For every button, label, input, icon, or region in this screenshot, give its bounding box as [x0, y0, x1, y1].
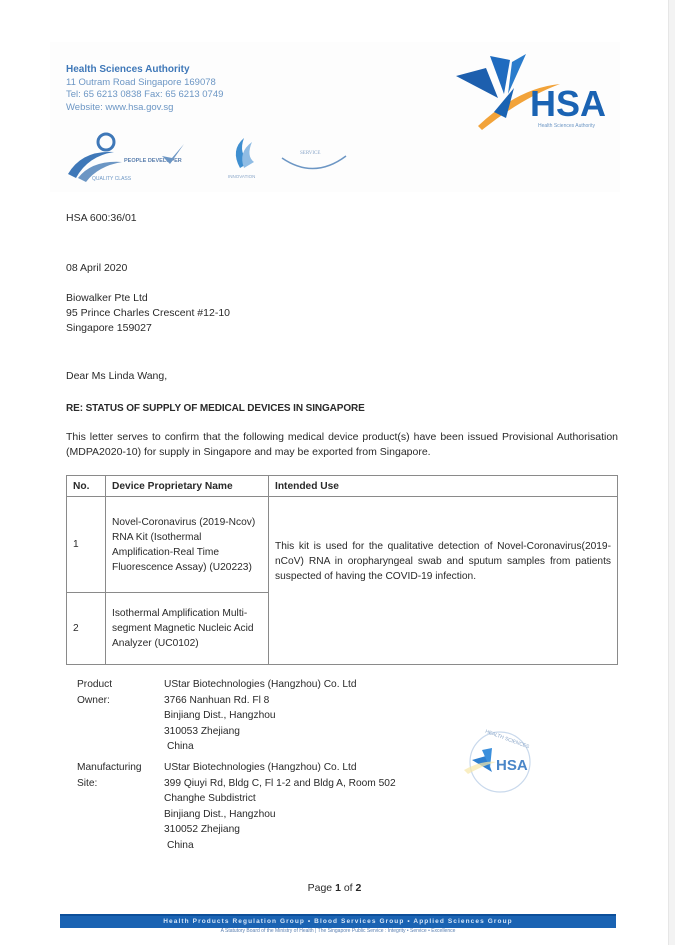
subject-line: RE: STATUS OF SUPPLY OF MEDICAL DEVICES … — [66, 401, 365, 416]
svg-text:SERVICE: SERVICE — [300, 151, 320, 156]
svg-text:HEALTH SCIENCES: HEALTH SCIENCES — [484, 729, 530, 751]
row-device-name: Isothermal Amplification Multi-segment M… — [106, 593, 269, 665]
hsa-logo-icon: HSA Health Sciences Authority — [448, 48, 618, 134]
row-no: 2 — [67, 593, 106, 665]
device-table: No. Device Proprietary Name Intended Use… — [66, 475, 618, 665]
header-no: No. — [67, 476, 106, 497]
letterhead-address-block: Health Sciences Authority 11 Outram Road… — [66, 64, 223, 114]
table-row: 1 Novel-Coronavirus (2019-Ncov) RNA Kit … — [67, 497, 618, 593]
org-contact: Tel: 65 6213 0838 Fax: 65 6213 0749 — [66, 89, 223, 102]
svg-text:Health Sciences Authority: Health Sciences Authority — [538, 123, 595, 129]
recipient-company: Biowalker Pte Ltd — [66, 291, 230, 306]
table-header-row: No. Device Proprietary Name Intended Use — [67, 476, 618, 497]
org-address: 11 Outram Road Singapore 169078 — [66, 77, 223, 90]
svg-text:INNOVATION: INNOVATION — [228, 174, 255, 179]
service-class-badge-icon: SERVICE — [282, 151, 346, 169]
intro-paragraph: This letter serves to confirm that the f… — [66, 430, 618, 460]
recipient-address-line2: Singapore 159027 — [66, 321, 230, 336]
certification-badges: QUALITY CLASS PEOPLE DEVELOPER INNOVATIO… — [62, 128, 362, 190]
recipient-address: Biowalker Pte Ltd 95 Prince Charles Cres… — [66, 291, 230, 336]
salutation: Dear Ms Linda Wang, — [66, 369, 167, 384]
letter-page: Health Sciences Authority 11 Outram Road… — [0, 0, 669, 945]
manufacturing-site-block: Manufacturing Site: UStar Biotechnologie… — [77, 760, 477, 860]
svg-text:QUALITY CLASS: QUALITY CLASS — [92, 176, 132, 182]
footer-tagline: A Statutory Board of the Ministry of Hea… — [60, 928, 616, 934]
hsa-stamp-icon: HSA HEALTH SCIENCES — [452, 722, 542, 802]
product-owner-label: Product Owner: — [77, 677, 162, 708]
org-website: Website: www.hsa.gov.sg — [66, 102, 223, 115]
letter-reference: HSA 600:36/01 — [66, 211, 137, 226]
page-number: Page 1 of 2 — [0, 882, 669, 894]
letter-date: 08 April 2020 — [66, 261, 127, 276]
singapore-quality-class-badge-icon: QUALITY CLASS — [68, 134, 132, 182]
header-device-name: Device Proprietary Name — [106, 476, 269, 497]
people-developer-badge-icon: PEOPLE DEVELOPER — [124, 144, 184, 164]
header-intended-use: Intended Use — [269, 476, 618, 497]
intended-use-cell: This kit is used for the qualitative det… — [269, 497, 618, 665]
svg-text:HSA: HSA — [530, 83, 606, 124]
row-no: 1 — [67, 497, 106, 593]
product-owner-address: UStar Biotechnologies (Hangzhou) Co. Ltd… — [164, 677, 357, 755]
innovation-class-badge-icon: INNOVATION — [228, 138, 255, 179]
svg-text:HSA: HSA — [496, 757, 528, 774]
page-edge — [668, 0, 675, 945]
footer-groups-bar: Health Products Regulation Group • Blood… — [60, 914, 616, 928]
manufacturing-site-address: UStar Biotechnologies (Hangzhou) Co. Ltd… — [164, 760, 396, 853]
manufacturing-site-label: Manufacturing Site: — [77, 760, 162, 791]
product-owner-block: Product Owner: UStar Biotechnologies (Ha… — [77, 677, 477, 767]
recipient-address-line1: 95 Prince Charles Crescent #12-10 — [66, 306, 230, 321]
org-name: Health Sciences Authority — [66, 64, 223, 77]
row-device-name: Novel-Coronavirus (2019-Ncov) RNA Kit (I… — [106, 497, 269, 593]
